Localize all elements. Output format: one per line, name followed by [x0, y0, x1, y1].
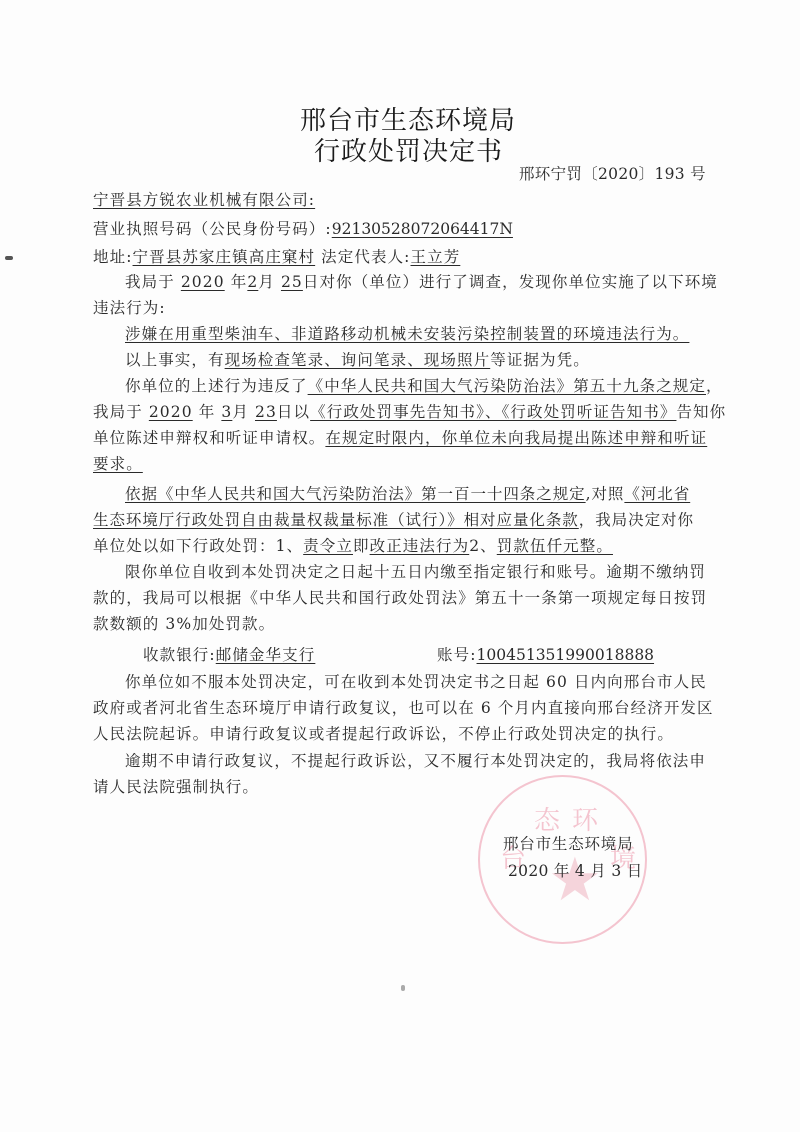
license-label: 营业执照号码（公民身份号码）:: [93, 220, 332, 238]
paragraph-evidence: 以上事实，有现场检查笔录、询问笔录、现场照片等证据为凭。: [125, 348, 590, 370]
paragraph-penalty-basis: 依据《中华人民共和国大气污染防治法》第一百一十四条之规定,对照《河北省: [125, 482, 690, 504]
account-number: 100451351990018888: [477, 646, 655, 664]
signature-date: 2020 年 4 月 3 日: [508, 859, 643, 881]
scan-speck: [401, 985, 405, 991]
license-line: 营业执照号码（公民身份号码）:92130528072064417N: [93, 217, 513, 239]
paragraph-enforcement: 逾期不申请行政复议，不提起行政诉讼，又不履行本处罚决定的，我局将依法申: [125, 749, 706, 771]
address: 宁晋县苏家庄镇高庄窠村: [133, 248, 316, 266]
bank-info: 收款银行:邮储金华支行: [143, 643, 315, 665]
bank-name: 邮储金华支行: [216, 646, 316, 664]
penalty-items: 单位处以如下行政处罚：1、责令立即改正违法行为2、罚款伍仟元整。: [93, 534, 613, 556]
paragraph-payment: 限你单位自收到本处罚决定之日起十五日内缴至指定银行和账号。逾期不缴纳罚: [125, 560, 706, 582]
document-number: 邢环宁罚〔2020〕193 号: [519, 162, 706, 184]
signature-issuer: 邢台市生态环境局: [503, 832, 633, 854]
address-line: 地址:宁晋县苏家庄镇高庄窠村 法定代表人:王立芳: [93, 245, 460, 267]
paragraph-appeal: 你单位如不服本处罚决定，可在收到本处罚决定书之日起 60 日内向邢台市人民: [125, 670, 707, 692]
document-type-title: 行政处罚决定书: [314, 131, 503, 168]
legal-representative: 王立芳: [411, 248, 461, 266]
paragraph-investigation: 我局于 2020 年2月 25日对你（单位）进行了调查，发现你单位实施了以下环境: [125, 270, 718, 292]
violation-description: 涉嫌在用重型柴油车、非道路移动机械未安装污染控制装置的环境违法行为。: [125, 322, 689, 344]
account-info: 账号:100451351990018888: [437, 643, 654, 665]
party-name: 宁晋县方锐农业机械有限公司:: [93, 188, 315, 210]
license-number: 92130528072064417N: [332, 220, 513, 238]
paragraph-law-violated: 你单位的上述行为违反了《中华人民共和国大气污染防治法》第五十九条之规定，: [125, 374, 723, 396]
scan-speck: [5, 256, 13, 260]
